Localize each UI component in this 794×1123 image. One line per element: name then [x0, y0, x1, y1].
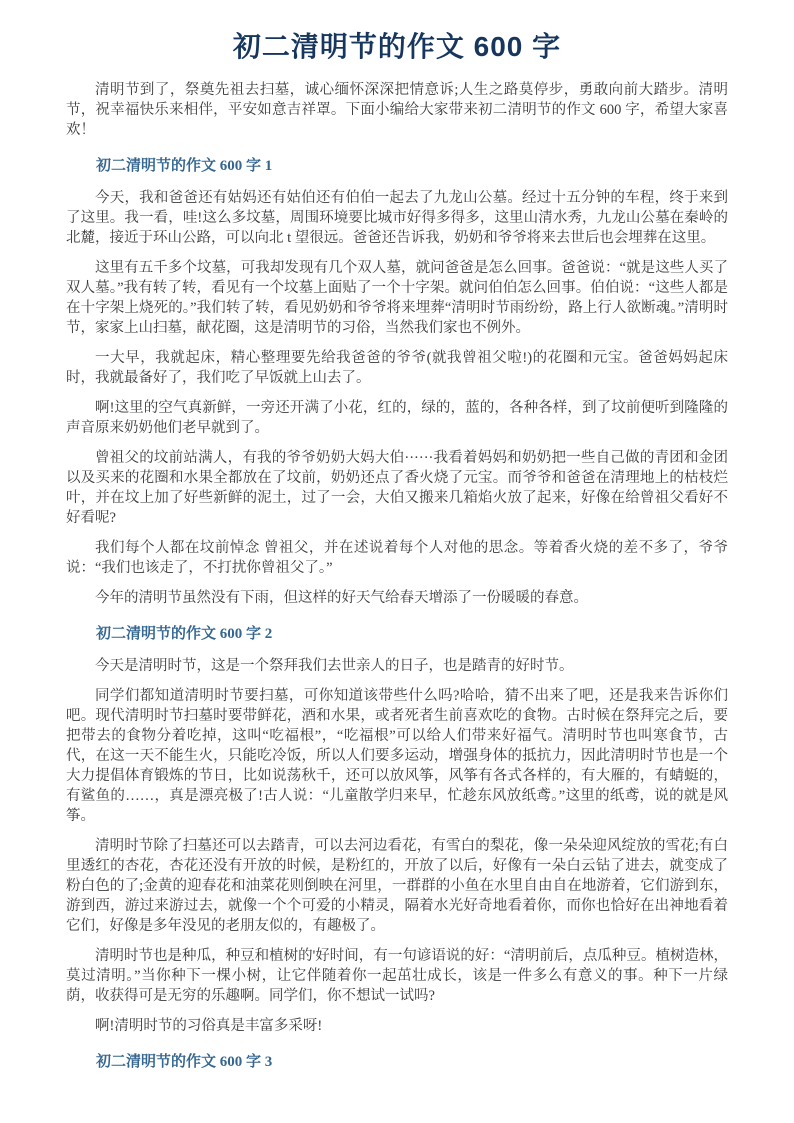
section-1-paragraph-4: 啊!这里的空气真新鲜，一旁还开满了小花，红的，绿的，蓝的，各种各样，到了坟前便听… [66, 398, 728, 438]
section-1-paragraph-2: 这里有五千多个坟墓，可我却发现有几个双人墓，就问爸爸是怎么回事。爸爸说：“就是这… [66, 258, 728, 338]
section-2-paragraph-4: 清明时节也是种瓜，种豆和植树的'好时间，有一句谚语说的好：“清明前后，点瓜种豆。… [66, 946, 728, 1006]
intro-paragraph: 清明节到了，祭奠先祖去扫墓，诚心缅怀深深把情意诉;人生之路莫停步，勇敢向前大踏步… [66, 80, 728, 140]
document-title: 初二清明节的作文 600 字 [66, 30, 728, 64]
section-1-paragraph-1: 今天，我和爸爸还有姑妈还有姑伯还有伯伯一起去了九龙山公墓。经过十五分钟的车程，终… [66, 188, 728, 248]
section-1-heading: 初二清明节的作文 600 字 1 [66, 156, 728, 176]
section-2-paragraph-1: 今天是清明时节，这是一个祭拜我们去世亲人的日子，也是踏青的好时节。 [66, 656, 728, 676]
section-2-paragraph-3: 清明时节除了扫墓还可以去踏青，可以去河边看花，有雪白的梨花，像一朵朵迎风绽放的雪… [66, 836, 728, 936]
document-page: 初二清明节的作文 600 字 清明节到了，祭奠先祖去扫墓，诚心缅怀深深把情意诉;… [0, 0, 794, 1123]
section-2-heading: 初二清明节的作文 600 字 2 [66, 624, 728, 644]
section-2-paragraph-5: 啊!清明时节的习俗真是丰富多采呀! [66, 1016, 728, 1036]
section-1-paragraph-6: 我们每个人都在坟前悼念 曾祖父，并在述说着每个人对他的思念。等着香火烧的差不多了… [66, 538, 728, 578]
section-2-paragraph-2: 同学们都知道清明时节要扫墓，可你知道该带些什么吗?哈哈，猜不出来了吧，还是我来告… [66, 686, 728, 826]
section-1-paragraph-7: 今年的清明节虽然没有下雨，但这样的好天气给春天增添了一份暖暖的春意。 [66, 588, 728, 608]
section-1-paragraph-5: 曾祖父的坟前站满人，有我的爷爷奶奶大妈大伯······我看着妈妈和奶奶把一些自己… [66, 448, 728, 528]
section-3-heading: 初二清明节的作文 600 字 3 [66, 1052, 728, 1072]
section-1-paragraph-3: 一大早，我就起床，精心整理要先给我爸爸的爷爷(就我曾祖父啦!)的花圈和元宝。爸爸… [66, 348, 728, 388]
